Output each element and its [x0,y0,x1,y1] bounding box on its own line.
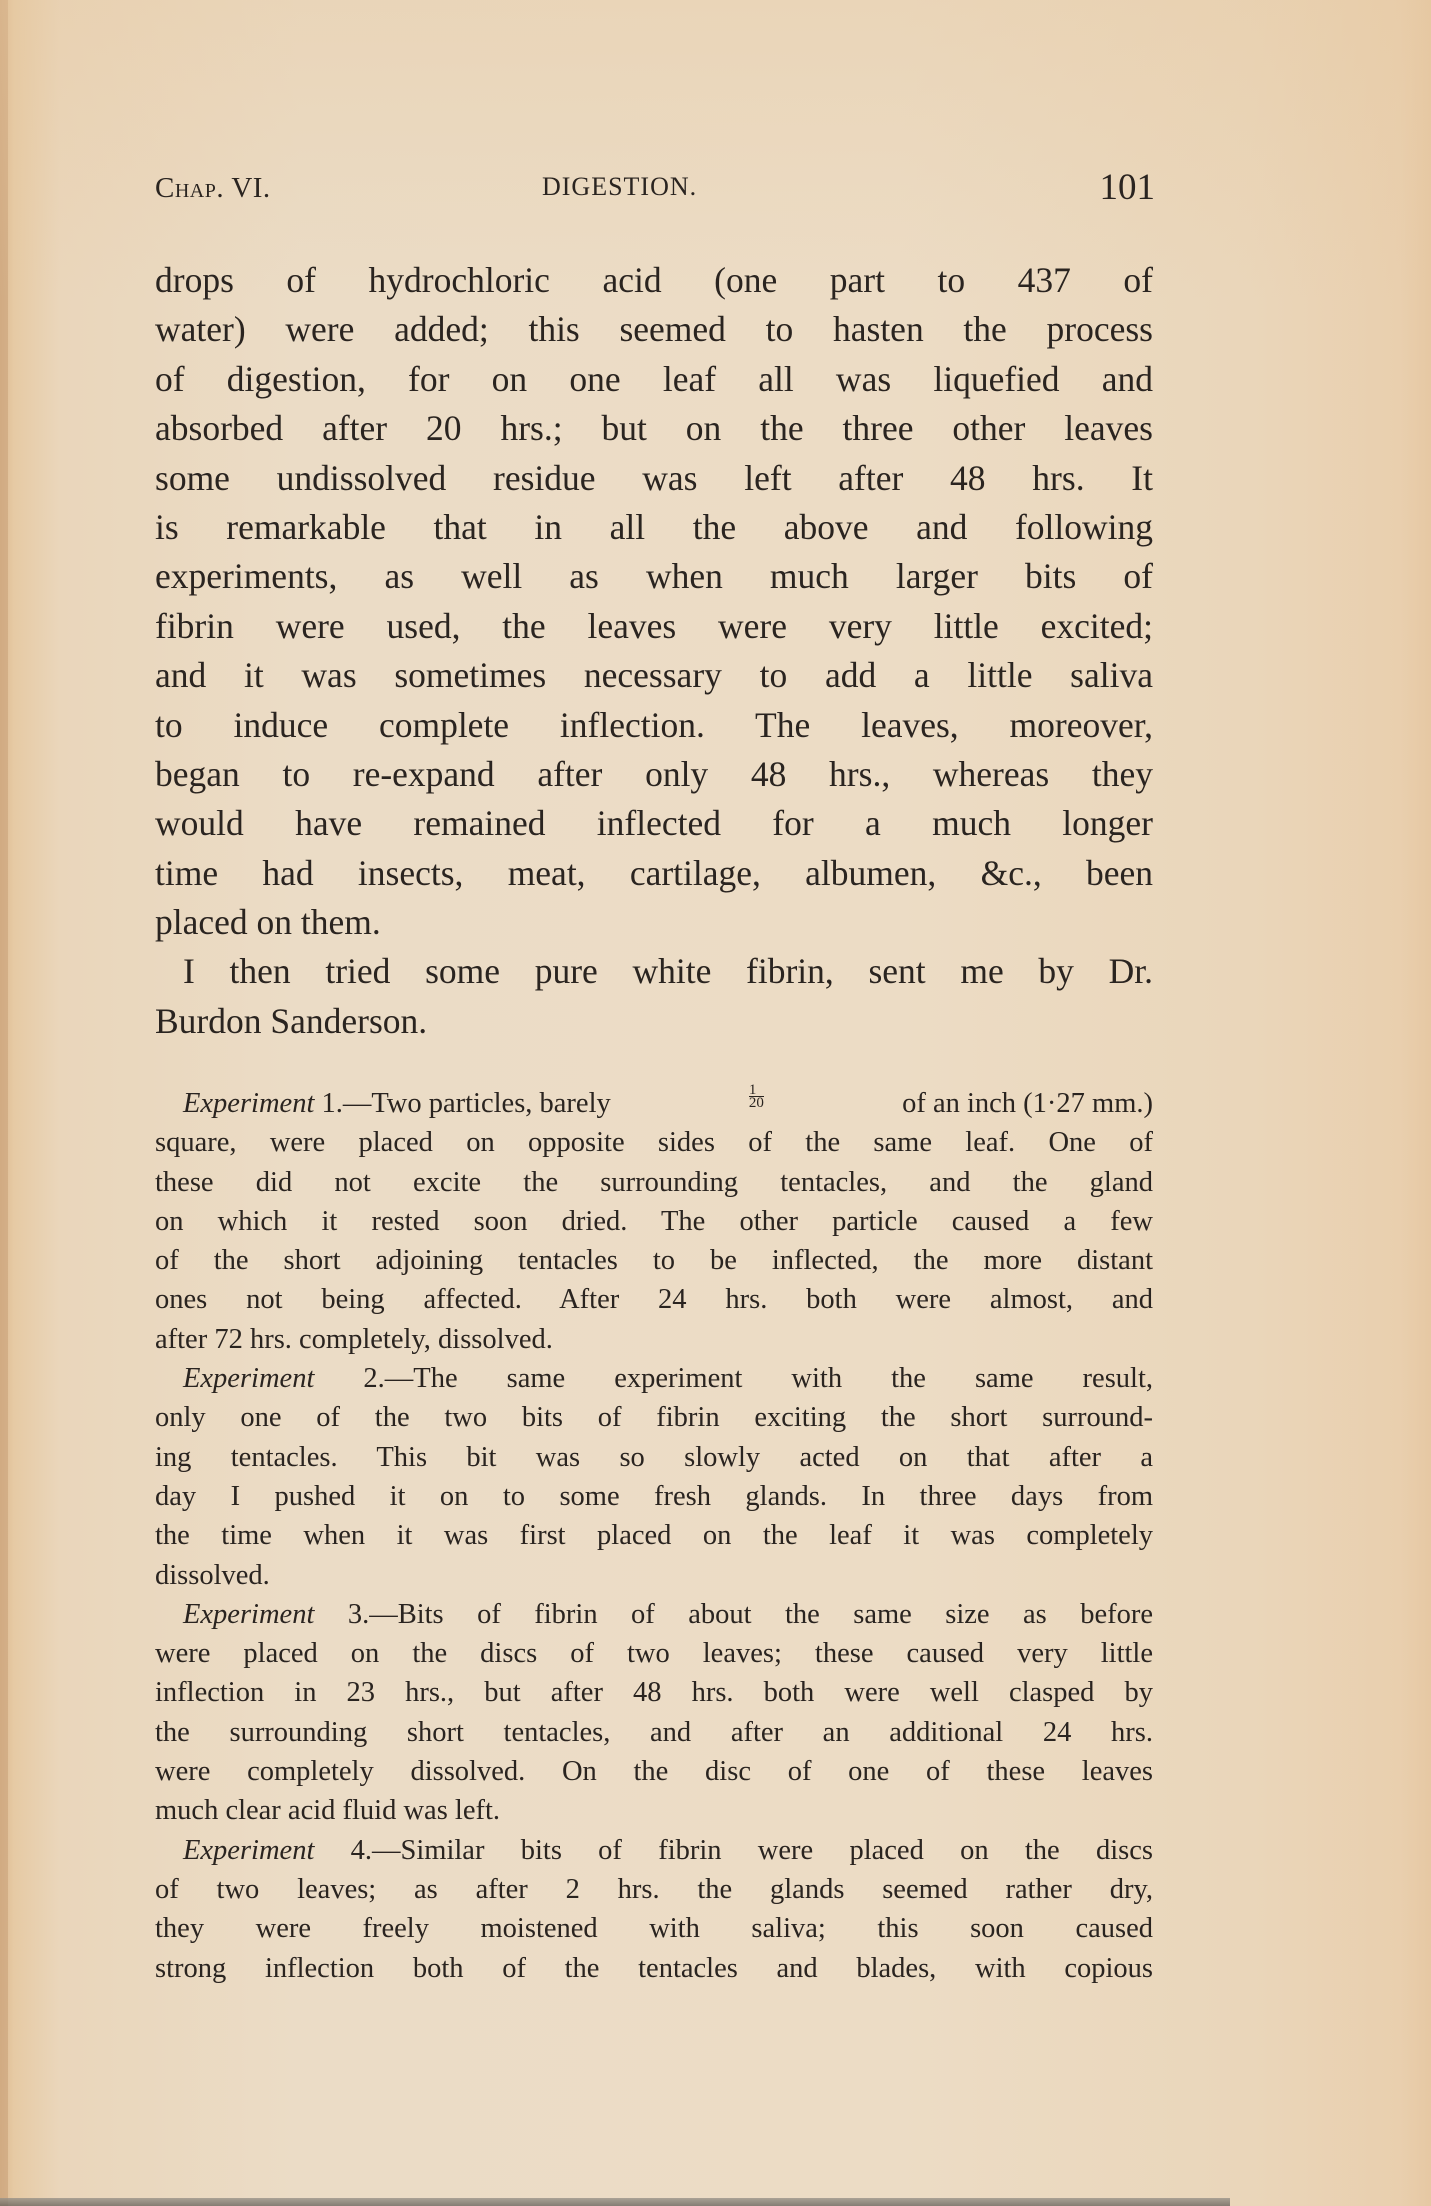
text-line: the surrounding short tentacles, and aft… [155,1713,1153,1752]
text-segment: —Two particles, barely [343,1088,611,1119]
page-top-shading [0,0,1431,300]
text-line: Burdon Sanderson. [155,997,1153,1046]
text-line: Experiment 3.—Bits of fibrin of about th… [155,1595,1153,1634]
text-line: they were freely moistened with saliva; … [155,1909,1153,1948]
text-line: day I pushed it on to some fresh glands.… [155,1477,1153,1516]
experiment-3: Experiment 3.—Bits of fibrin of about th… [155,1595,1153,1831]
text-line: would have remained inflected for a much… [155,799,1153,848]
main-text-block: drops of hydrochloric acid (one part to … [155,256,1153,1046]
text-line: is remarkable that in all the above and … [155,503,1153,552]
text-line: some undissolved residue was left after … [155,454,1153,503]
experiment-label: Experiment [183,1599,314,1630]
text-line: began to re-expand after only 48 hrs., w… [155,750,1153,799]
text-segment: —Bits of fibrin of about the same size a… [369,1599,1153,1630]
fraction-denominator: 20 [749,1097,764,1109]
text-line: time had insects, meat, cartilage, album… [155,849,1153,898]
text-line: of digestion, for on one leaf all was li… [155,355,1153,404]
experiment-2: Experiment 2.—The same experiment with t… [155,1359,1153,1595]
text-line: experiments, as well as when much larger… [155,552,1153,601]
experiment-number: 1. [322,1088,343,1119]
running-head: Chap. VI. DIGESTION. 101 [155,166,1155,210]
experiment-heading: Experiment 1.—Two particles, barely [183,1084,611,1123]
text-line: I then tried some pure white fibrin, sen… [155,947,1153,996]
chapter-label: Chap. VI. [155,172,271,205]
text-line: inflection in 23 hrs., but after 48 hrs.… [155,1673,1153,1712]
experiment-label: Experiment [183,1363,314,1394]
experiment-label: Experiment [183,1835,314,1866]
experiment-4: Experiment 4.—Similar bits of fibrin wer… [155,1831,1153,1988]
text-segment: —Similar bits of fibrin were placed on t… [372,1835,1153,1866]
text-line: and it was sometimes necessary to add a … [155,651,1153,700]
paragraph-continuation: drops of hydrochloric acid (one part to … [155,256,1153,947]
text-line: strong inflection both of the tentacles … [155,1949,1153,1988]
text-line: were completely dissolved. On the disc o… [155,1752,1153,1791]
page-spine-edge [0,0,8,2206]
text-line: were placed on the discs of two leaves; … [155,1634,1153,1673]
chapter-title: DIGESTION. [542,172,697,202]
paragraph-fibrin: I then tried some pure white fibrin, sen… [155,947,1153,1046]
text-line: on which it rested soon dried. The other… [155,1202,1153,1241]
text-line: placed on them. [155,898,1153,947]
text-line: only one of the two bits of fibrin excit… [155,1398,1153,1437]
text-line: after 72 hrs. completely, dissolved. [155,1320,1153,1359]
text-line: drops of hydrochloric acid (one part to … [155,256,1153,305]
fraction: 120 [749,1084,764,1123]
text-line: the time when it was first placed on the… [155,1516,1153,1555]
text-segment: of an inch (1·27 mm.) [902,1084,1153,1123]
text-line: of the short adjoining tentacles to be i… [155,1241,1153,1280]
text-line: Experiment 1.—Two particles, barely 120 … [155,1084,1153,1123]
text-line: of two leaves; as after 2 hrs. the gland… [155,1870,1153,1909]
experiment-number: 2. [363,1363,384,1394]
experiment-number: 4. [351,1835,372,1866]
text-line: fibrin were used, the leaves were very l… [155,602,1153,651]
page-number: 101 [1100,166,1156,209]
text-line: ones not being affected. After 24 hrs. b… [155,1280,1153,1319]
text-line: to induce complete inflection. The leave… [155,701,1153,750]
text-line: water) were added; this seemed to hasten… [155,305,1153,354]
text-line: square, were placed on opposite sides of… [155,1123,1153,1162]
text-line: dissolved. [155,1556,1153,1595]
text-segment: —The same experiment with the same resul… [385,1363,1153,1394]
text-line: absorbed after 20 hrs.; but on the three… [155,404,1153,453]
text-line: Experiment 4.—Similar bits of fibrin wer… [155,1831,1153,1870]
text-line: these did not excite the surrounding ten… [155,1163,1153,1202]
text-line: ing tentacles. This bit was so slowly ac… [155,1438,1153,1477]
text-line: Experiment 2.—The same experiment with t… [155,1359,1153,1398]
experiment-label: Experiment [183,1088,314,1119]
experiments-block: Experiment 1.—Two particles, barely 120 … [155,1084,1153,1988]
page-bottom-edge [0,2198,1230,2206]
text-line: much clear acid fluid was left. [155,1791,1153,1830]
experiment-number: 3. [348,1599,369,1630]
experiment-1: Experiment 1.—Two particles, barely 120 … [155,1084,1153,1359]
